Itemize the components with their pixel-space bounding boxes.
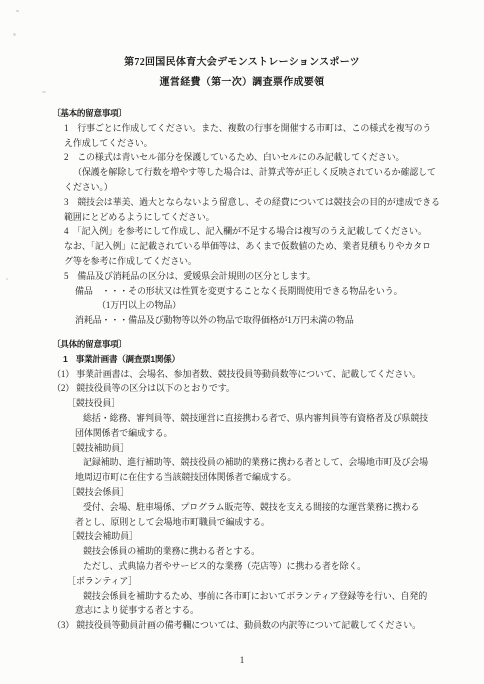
text-line: 3 競技会は華美、過大とならないよう留意し、その経費については競技会の目的が達成… xyxy=(64,195,464,210)
role-label-volunteer: ［ボランティア］ xyxy=(67,574,464,589)
text-line: 意志により従事する者とする。 xyxy=(75,603,464,618)
text-line: 競技会係員を補助するため、事前に各市町においてボランティア登録等を行い、自発的 xyxy=(83,589,464,604)
text-line: ください。） xyxy=(64,180,464,195)
definition-line-bihin: 備品 ・・・その形状又は性質を変更することなく長期間使用できる物品をいう。 xyxy=(75,284,464,299)
text-line: 範囲にとどめるようにしてください。 xyxy=(64,210,464,225)
role-label-kyogikai-hojoin: ［競技会補助員］ xyxy=(67,529,464,544)
specific-notes-section: 〔具体的留意事項〕 1 事業計画書（調査票1関係） （1） 事業計画書は、会場名… xyxy=(0,337,484,633)
document-title-line2: 運営経費（第一次）調査票作成要領 xyxy=(0,73,484,93)
text-line: 記録補助、進行補助等、競技役員の補助的業務に携わる者として、会場地市町及び会場 xyxy=(83,455,464,470)
basic-notes-section: 〔基本的留意事項〕 1 行事ごとに作成してください。また、複数の行事を開催する市… xyxy=(0,106,484,328)
text-line: 団体関係者で編成する。 xyxy=(75,426,464,441)
text-line: 2 この様式は青いセル部分を保護しているため、白いセルにのみ記載してください。 xyxy=(64,150,464,165)
role-label-kyogikai-kakariin: ［競技会係員］ xyxy=(67,485,464,500)
text-line: なお、「記入例」に記載されている単価等は、あくまで仮数値のため、業者見積もりやカ… xyxy=(64,239,464,254)
text-line: 者とし、原則として会場地市町職員で編成する。 xyxy=(75,515,464,530)
role-label-kyogi-yakuin: ［競技役員］ xyxy=(67,396,464,411)
scan-speck xyxy=(6,278,8,280)
text-line: グ等を参考に作成してください。 xyxy=(64,254,464,269)
text-line: （3） 競技役員等動員計画の備考欄については、動員数の内訳等について記載してくだ… xyxy=(52,618,464,633)
text-line: 1 行事ごとに作成してください。また、複数の行事を開催する市町は、この様式を複写… xyxy=(64,121,464,136)
text-line: 5 備品及び消耗品の区分は、愛媛県会計規則の区分とします。 xyxy=(64,269,464,284)
subsection-heading-business-plan: 1 事業計画書（調査票1関係） xyxy=(63,352,464,367)
section-heading-basic: 〔基本的留意事項〕 xyxy=(52,106,464,121)
definition-note: （1万円以上の物品） xyxy=(97,298,464,313)
text-line: 地周辺市町に在住する当該競技団体関係者で編成する。 xyxy=(75,470,464,485)
document-title-line1: 第72回国民体育大会デモンストレーションスポーツ xyxy=(0,53,484,73)
text-line: 4 「記入例」を参考にして作成し、記入欄が不足する場合は複写のうえ記載してくださ… xyxy=(64,224,464,239)
scanned-document-page: 第72回国民体育大会デモンストレーションスポーツ 運営経費（第一次）調査票作成要… xyxy=(0,0,484,684)
text-line: 受付、会場、駐車場係、プログラム販売等、競技を支える間接的な運営業務に携わる xyxy=(83,500,464,515)
text-line: ただし、式典協力者やサービス的な業務（売店等）に携わる者を除く。 xyxy=(83,559,464,574)
document-title: 第72回国民体育大会デモンストレーションスポーツ 運営経費（第一次）調査票作成要… xyxy=(0,0,484,93)
scan-speck xyxy=(16,10,19,12)
scan-speck xyxy=(42,91,46,93)
text-line: （2） 競技役員等の区分は以下のとおりです。 xyxy=(52,381,464,396)
role-label-kyogi-hojoin: ［競技補助員］ xyxy=(67,441,464,456)
text-line: 総括・総務、審判員等、競技運営に直接携わる者で、県内審判員等有資格者及び県競技 xyxy=(83,411,464,426)
definition-line-shomohin: 消耗品・・・備品及び動物等以外の物品で取得価格が1万円未満の物品 xyxy=(75,313,464,328)
text-line: 競技会係員の補助的業務に携わる者とする。 xyxy=(83,544,464,559)
page-number: 1 xyxy=(0,656,484,666)
text-line: え作成してください。 xyxy=(64,136,464,151)
text-line: （1） 事業計画書は、会場名、参加者数、競技役員等動員数等について、記載してくだ… xyxy=(52,367,464,382)
text-line: （保護を解除して行数を増やす等した場合は、計算式等が正しく反映されているか確認し… xyxy=(73,165,464,180)
scan-speck xyxy=(13,33,16,36)
section-heading-specific: 〔具体的留意事項〕 xyxy=(52,337,464,352)
